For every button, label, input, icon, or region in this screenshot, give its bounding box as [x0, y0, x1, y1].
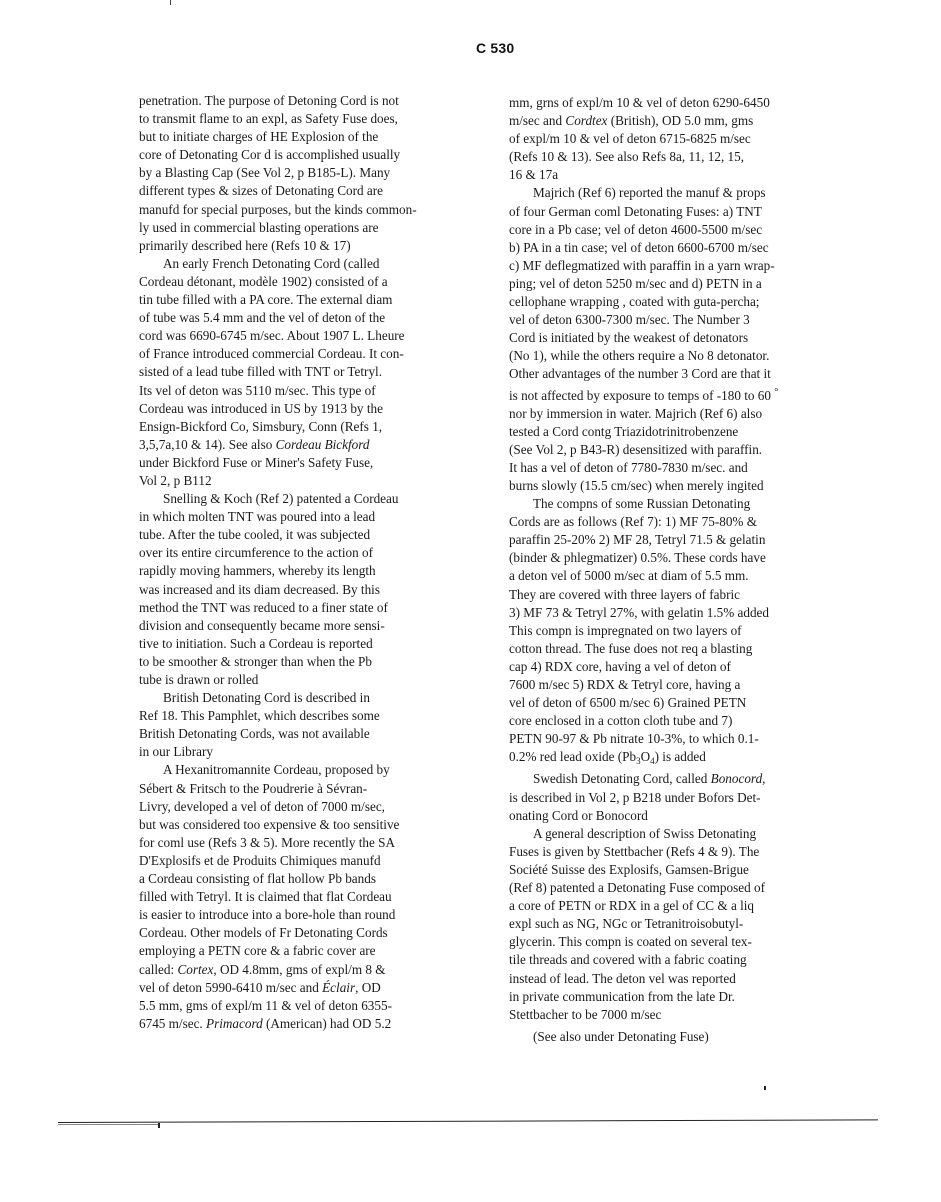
text-line: (No 1), while the others require a No 8 … — [509, 347, 879, 365]
text-line: Its vel of deton was 5110 m/sec. This ty… — [139, 382, 494, 400]
term-cordtex: Cordtex — [565, 113, 607, 128]
text-line: called: Cortex, OD 4.8mm, gms of expl/m … — [139, 961, 494, 979]
text-line: of France introduced commercial Cordeau.… — [139, 345, 494, 363]
text-line: Livry, developed a vel of deton of 7000 … — [139, 798, 494, 816]
text-fragment: is not affected by exposure to temps of … — [509, 388, 774, 403]
text-line: This compn is impregnated on two layers … — [509, 622, 879, 640]
text-line: division and consequently became more se… — [139, 617, 494, 635]
text-line: instead of lead. The deton vel was repor… — [509, 970, 879, 988]
text-line: by a Blasting Cap (See Vol 2, p B185-L).… — [139, 164, 494, 182]
text-fragment: O — [641, 749, 651, 764]
text-line: filled with Tetryl. It is claimed that f… — [139, 888, 494, 906]
text-fragment: called: — [139, 962, 177, 977]
text-line: tube is drawn or rolled — [139, 671, 494, 689]
text-line: tube. After the tube cooled, it was subj… — [139, 526, 494, 544]
text-line: expl such as NG, NGc or Tetranitroisobut… — [509, 915, 879, 933]
footer-rule-faint — [58, 1124, 158, 1125]
text-line: rapidly moving hammers, whereby its leng… — [139, 562, 494, 580]
text-line: a core of PETN or RDX in a gel of CC & a… — [509, 897, 879, 915]
text-line: paraffin 25-20% 2) MF 28, Tetryl 71.5 & … — [509, 531, 879, 549]
text-line: in private communication from the late D… — [509, 988, 879, 1006]
paragraph-start: Snelling & Koch (Ref 2) patented a Corde… — [139, 490, 494, 508]
text-line: cap 4) RDX core, having a vel of deton o… — [509, 658, 879, 676]
text-fragment: , OD 4.8mm, gms of expl/m 8 & — [213, 962, 385, 977]
right-column: mm, grns of expl/m 10 & vel of deton 629… — [509, 94, 879, 1046]
text-fragment: , OD — [355, 980, 381, 995]
text-line: core in a Pb case; vel of deton 4600-550… — [509, 221, 879, 239]
term-bonocord: Bonocord, — [711, 771, 766, 786]
text-line: PETN 90-97 & Pb nitrate 10-3%, to which … — [509, 730, 879, 748]
term-eclair: Éclair — [322, 980, 355, 995]
paragraph-start: British Detonating Cord is described in — [139, 689, 494, 707]
text-line: a deton vel of 5000 m/sec at diam of 5.5… — [509, 567, 879, 585]
text-fragment: 3,5,7a,10 & 14). See also — [139, 437, 276, 452]
text-line: (Refs 10 & 13). See also Refs 8a, 11, 12… — [509, 148, 879, 166]
text-line: sisted of a lead tube filled with TNT or… — [139, 363, 494, 381]
text-line: Stettbacher to be 7000 m/sec — [509, 1006, 879, 1024]
text-line: Cordeau détonant, modèle 1902) consisted… — [139, 273, 494, 291]
text-line: Other advantages of the number 3 Cord ar… — [509, 365, 879, 383]
text-line: to be smoother & stronger than when the … — [139, 653, 494, 671]
term-primacord: Primacord — [206, 1016, 263, 1031]
text-line: Ensign-Bickford Co, Simsbury, Conn (Refs… — [139, 418, 494, 436]
text-line: c) MF deflegmatized with paraffin in a y… — [509, 257, 879, 275]
text-line: cotton thread. The fuse does not req a b… — [509, 640, 879, 658]
text-line: Cordeau was introduced in US by 1913 by … — [139, 400, 494, 418]
left-column: penetration. The purpose of Detoning Cor… — [139, 92, 494, 1033]
text-line: cord was 6690-6745 m/sec. About 1907 L. … — [139, 327, 494, 345]
text-line: (binder & phlegmatizer) 0.5%. These cord… — [509, 549, 879, 567]
text-line: Cord is initiated by the weakest of deto… — [509, 329, 879, 347]
text-line: Société Suisse des Explosifs, Gamsen-Bri… — [509, 861, 879, 879]
text-line: core of Detonating Cor d is accomplished… — [139, 146, 494, 164]
text-line: is not affected by exposure to temps of … — [509, 384, 879, 405]
text-line: in which molten TNT was poured into a le… — [139, 508, 494, 526]
text-line: manufd for special purposes, but the kin… — [139, 201, 494, 219]
text-line: 3) MF 73 & Tetryl 27%, with gelatin 1.5%… — [509, 604, 879, 622]
text-line: vel of deton 6300-7300 m/sec. The Number… — [509, 311, 879, 329]
paragraph-start: Majrich (Ref 6) reported the manuf & pro… — [509, 184, 879, 202]
text-line: for coml use (Refs 3 & 5). More recently… — [139, 834, 494, 852]
text-line: tive to initiation. Such a Cordeau is re… — [139, 635, 494, 653]
text-line: is easier to introduce into a bore-hole … — [139, 906, 494, 924]
see-also-note: (See also under Detonating Fuse) — [509, 1028, 879, 1046]
text-line: ping; vel of deton 5250 m/sec and d) PET… — [509, 275, 879, 293]
scan-mark — [170, 0, 171, 5]
text-line: of tube was 5.4 mm and the vel of deton … — [139, 309, 494, 327]
text-line: is described in Vol 2, p B218 under Bofo… — [509, 789, 879, 807]
text-line: core enclosed in a cotton cloth tube and… — [509, 712, 879, 730]
text-line: Sébert & Fritsch to the Poudrerie à Sévr… — [139, 780, 494, 798]
text-line: (Ref 8) patented a Detonating Fuse compo… — [509, 879, 879, 897]
text-line: employing a PETN core & a fabric cover a… — [139, 942, 494, 960]
text-line: but to initiate charges of HE Explosion … — [139, 128, 494, 146]
text-line: but was considered too expensive & too s… — [139, 816, 494, 834]
text-line: penetration. The purpose of Detoning Cor… — [139, 92, 494, 110]
degree-symbol: ° — [774, 387, 778, 398]
text-line: in our Library — [139, 743, 494, 761]
term-cortex: Cortex — [177, 962, 213, 977]
paragraph-start: A Hexanitromannite Cordeau, proposed by — [139, 761, 494, 779]
text-line: tested a Cord contg Triazidotrinitrobenz… — [509, 423, 879, 441]
paragraph-start: A general description of Swiss Detonatin… — [509, 825, 879, 843]
text-line: onating Cord or Bonocord — [509, 807, 879, 825]
text-line: 5.5 mm, gms of expl/m 11 & vel of deton … — [139, 997, 494, 1015]
text-line: b) PA in a tin case; vel of deton 6600-6… — [509, 239, 879, 257]
text-line: It has a vel of deton of 7780-7830 m/sec… — [509, 459, 879, 477]
text-line: a Cordeau consisting of flat hollow Pb b… — [139, 870, 494, 888]
text-line: 7600 m/sec 5) RDX & Tetryl core, having … — [509, 676, 879, 694]
text-line: m/sec and Cordtex (British), OD 5.0 mm, … — [509, 112, 879, 130]
text-line: primarily described here (Refs 10 & 17) — [139, 237, 494, 255]
text-line: British Detonating Cords, was not availa… — [139, 725, 494, 743]
text-fragment: 6745 m/sec. — [139, 1016, 206, 1031]
text-line: was increased and its diam decreased. By… — [139, 581, 494, 599]
text-line: vel of deton of 6500 m/sec 6) Grained PE… — [509, 694, 879, 712]
footer-tick-mark — [158, 1123, 160, 1128]
text-line: Ref 18. This Pamphlet, which describes s… — [139, 707, 494, 725]
text-line: vel of deton 5990-6410 m/sec and Éclair,… — [139, 979, 494, 997]
cross-reference-cordeau-bickford: Cordeau Bickford — [276, 437, 370, 452]
text-fragment: (American) had OD 5.2 — [263, 1016, 392, 1031]
text-line: of expl/m 10 & vel of deton 6715-6825 m/… — [509, 130, 879, 148]
text-fragment: vel of deton 5990-6410 m/sec and — [139, 980, 322, 995]
scan-speck — [764, 1086, 766, 1090]
text-line: to transmit flame to an expl, as Safety … — [139, 110, 494, 128]
text-line: Cordeau. Other models of Fr Detonating C… — [139, 924, 494, 942]
text-fragment: ) is added — [655, 749, 706, 764]
text-line: D'Explosifs et de Produits Chimiques man… — [139, 852, 494, 870]
text-line: 16 & 17a — [509, 166, 879, 184]
text-fragment: (British), OD 5.0 mm, gms — [607, 113, 753, 128]
text-line: tin tube filled with a PA core. The exte… — [139, 291, 494, 309]
text-line: 3,5,7a,10 & 14). See also Cordeau Bickfo… — [139, 436, 494, 454]
footer-rule — [58, 1119, 878, 1123]
text-line: glycerin. This compn is coated on severa… — [509, 933, 879, 951]
text-fragment: 0.2% red lead oxide (Pb — [509, 749, 636, 764]
text-line: They are covered with three layers of fa… — [509, 586, 879, 604]
text-line: nor by immersion in water. Majrich (Ref … — [509, 405, 879, 423]
text-line: under Bickford Fuse or Miner's Safety Fu… — [139, 454, 494, 472]
page-number: C 530 — [476, 40, 514, 56]
paragraph-start: The compns of some Russian Detonating — [509, 495, 879, 513]
text-fragment: Swedish Detonating Cord, called — [533, 771, 711, 786]
text-line: 0.2% red lead oxide (Pb3O4) is added — [509, 748, 879, 770]
paragraph-start: Swedish Detonating Cord, called Bonocord… — [509, 770, 879, 788]
text-line: tile threads and covered with a fabric c… — [509, 951, 879, 969]
text-line: (See Vol 2, p B43-R) desensitized with p… — [509, 441, 879, 459]
text-line: burns slowly (15.5 cm/sec) when merely i… — [509, 477, 879, 495]
text-line: different types & sizes of Detonating Co… — [139, 182, 494, 200]
text-line: ly used in commercial blasting operation… — [139, 219, 494, 237]
text-line: 6745 m/sec. Primacord (American) had OD … — [139, 1015, 494, 1033]
text-fragment: m/sec and — [509, 113, 565, 128]
paragraph-start: An early French Detonating Cord (called — [139, 255, 494, 273]
text-line: Vol 2, p B112 — [139, 472, 494, 490]
text-line: cellophane wrapping , coated with guta-p… — [509, 293, 879, 311]
text-line: over its entire circumference to the act… — [139, 544, 494, 562]
text-line: method the TNT was reduced to a finer st… — [139, 599, 494, 617]
text-line: mm, grns of expl/m 10 & vel of deton 629… — [509, 94, 879, 112]
text-line: of four German coml Detonating Fuses: a)… — [509, 203, 879, 221]
text-line: Fuses is given by Stettbacher (Refs 4 & … — [509, 843, 879, 861]
text-line: Cords are as follows (Ref 7): 1) MF 75-8… — [509, 513, 879, 531]
